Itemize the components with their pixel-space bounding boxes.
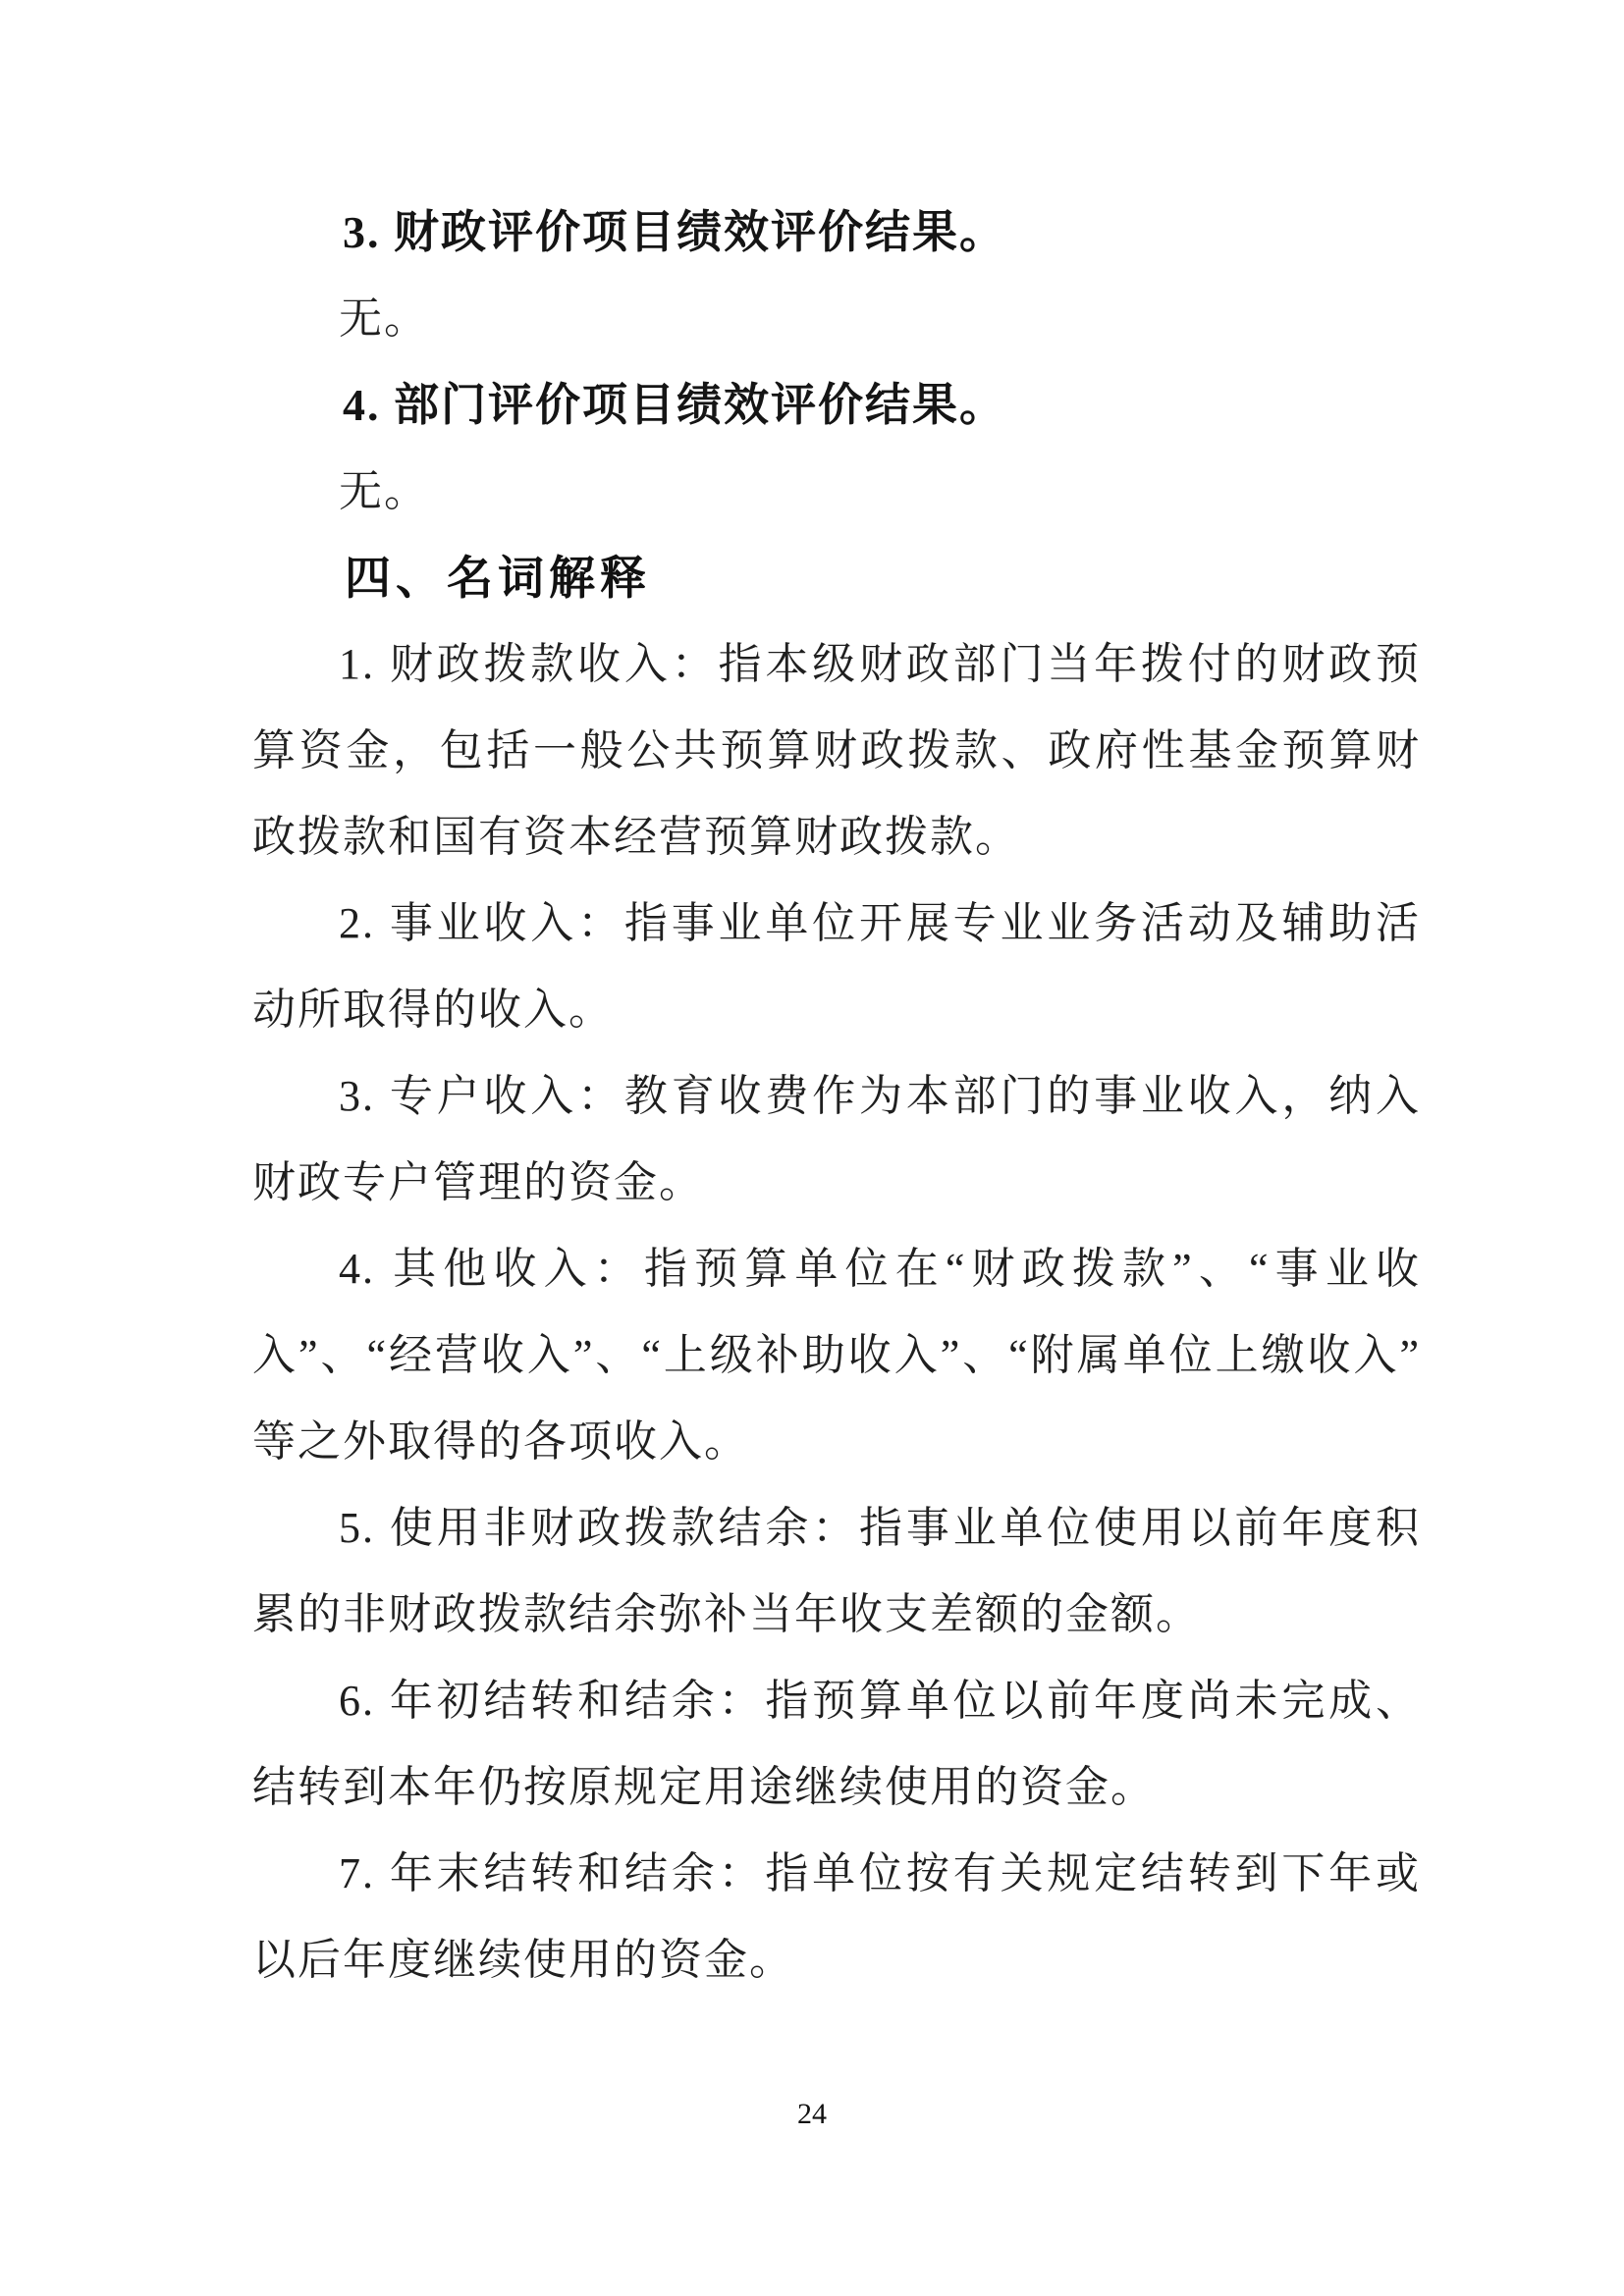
document-paragraph: 6. 年初结转和结余：指预算单位以前年度尚未完成、结转到本年仍按原规定用途继续使…: [252, 1658, 1421, 1831]
document-heading: 四、名词解释: [252, 535, 1421, 621]
document-paragraph: 3. 专户收入：教育收费作为本部门的事业收入，纳入财政专户管理的资金。: [252, 1053, 1421, 1226]
page-number: 24: [0, 2097, 1624, 2132]
document-paragraph: 无。: [252, 276, 1421, 362]
document-content: 3. 财政评价项目绩效评价结果。无。4. 部门评价项目绩效评价结果。无。四、名词…: [252, 189, 1421, 2003]
document-paragraph: 1. 财政拨款收入：指本级财政部门当年拨付的财政预算资金，包括一般公共预算财政拨…: [252, 621, 1421, 881]
document-paragraph: 7. 年末结转和结余：指单位按有关规定结转到下年或以后年度继续使用的资金。: [252, 1831, 1421, 2003]
document-paragraph: 5. 使用非财政拨款结余：指事业单位使用以前年度积累的非财政拨款结余弥补当年收支…: [252, 1485, 1421, 1658]
document-paragraph: 2. 事业收入：指事业单位开展专业业务活动及辅助活动所取得的收入。: [252, 881, 1421, 1053]
document-page: 3. 财政评价项目绩效评价结果。无。4. 部门评价项目绩效评价结果。无。四、名词…: [0, 0, 1624, 2296]
document-paragraph: 4. 其他收入：指预算单位在“财政拨款”、“事业收入”、“经营收入”、“上级补助…: [252, 1226, 1421, 1485]
document-heading: 3. 财政评价项目绩效评价结果。: [252, 189, 1421, 276]
document-paragraph: 无。: [252, 449, 1421, 535]
document-heading: 4. 部门评价项目绩效评价结果。: [252, 362, 1421, 449]
